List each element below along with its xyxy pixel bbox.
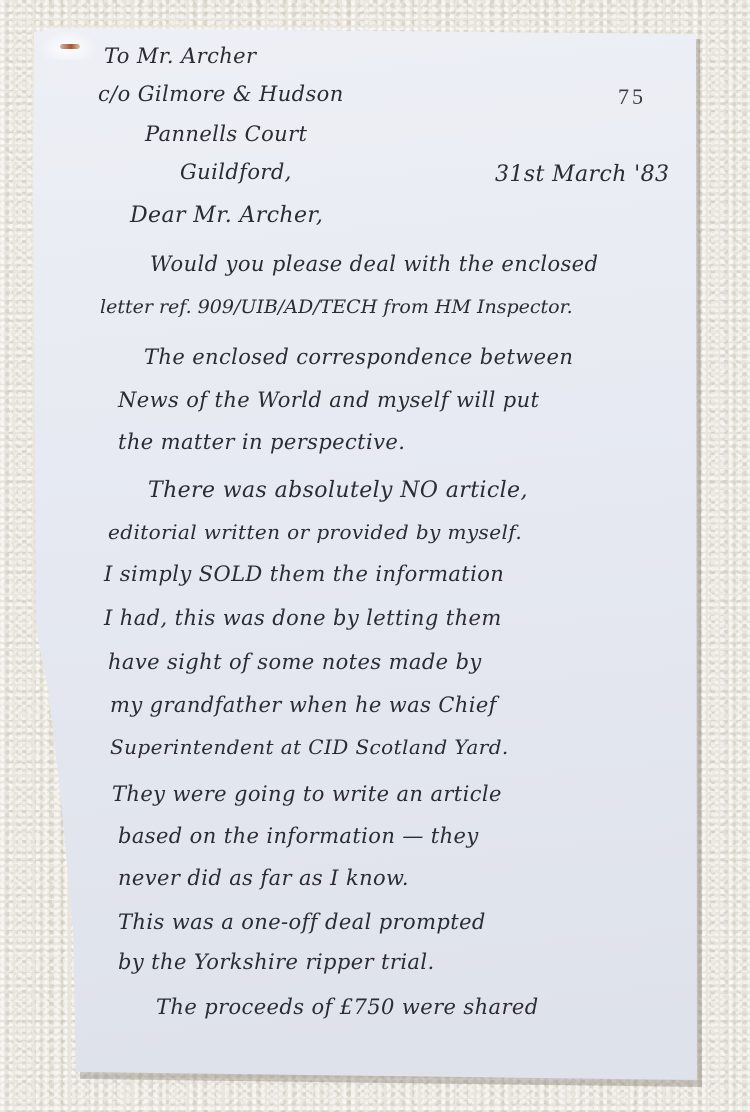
letter-date: 31st March '83 <box>495 162 669 187</box>
body-line: News of the World and myself will put <box>118 388 539 412</box>
address-street: Pannells Court <box>145 122 307 146</box>
body-line: editorial written or provided by myself. <box>108 520 522 544</box>
body-line: Would you please deal with the enclosed <box>150 252 598 276</box>
body-line: by the Yorkshire ripper trial. <box>118 950 435 974</box>
body-line: I simply SOLD them the information <box>104 562 504 586</box>
pin-hole-rust-mark <box>60 44 80 49</box>
body-line: have sight of some notes made by <box>108 650 482 674</box>
body-line: never did as far as I know. <box>118 866 409 890</box>
salutation: Dear Mr. Archer, <box>130 203 323 228</box>
body-line: There was absolutely NO article, <box>148 478 528 503</box>
body-line: based on the information — they <box>118 824 479 848</box>
body-line: the matter in perspective. <box>118 430 405 454</box>
address-recipient: To Mr. Archer <box>104 44 256 68</box>
body-line: I had, this was done by letting them <box>104 606 502 630</box>
address-town: Guildford, <box>180 160 292 184</box>
body-line: The proceeds of £750 were shared <box>156 995 539 1019</box>
body-line: This was a one-off deal prompted <box>118 910 486 934</box>
body-line: letter ref. 909/UIB/AD/TECH from HM Insp… <box>100 296 573 318</box>
address-care-of: c/o Gilmore & Hudson <box>98 82 344 106</box>
body-line: my grandfather when he was Chief <box>110 693 497 717</box>
page-number: 75 <box>618 84 646 110</box>
body-line: They were going to write an article <box>112 782 502 806</box>
body-line: The enclosed correspondence between <box>144 345 573 369</box>
body-line: Superintendent at CID Scotland Yard. <box>110 735 509 759</box>
